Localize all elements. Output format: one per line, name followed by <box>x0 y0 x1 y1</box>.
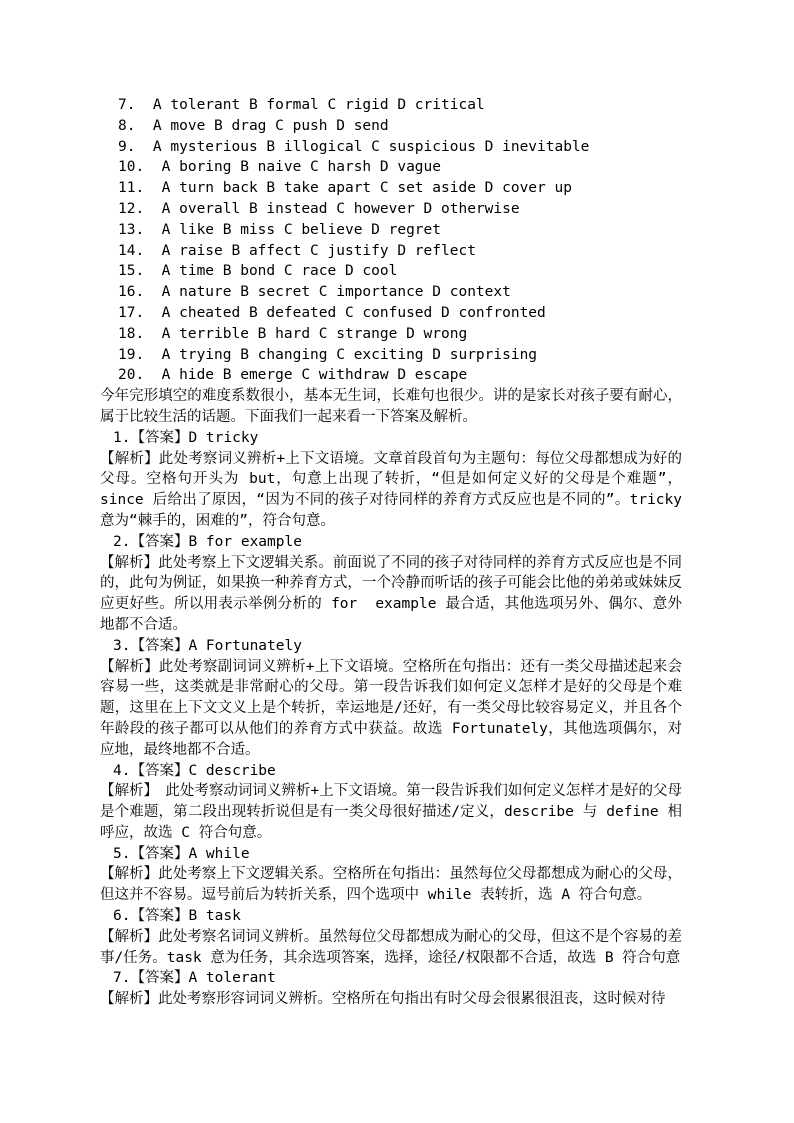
option-line: 17. A cheated B defeated C confused D co… <box>100 303 682 324</box>
analysis-paragraph: 【解析】此处考察词义辨析+上下文语境。文章首段首句为主题句：每位父母都想成为好的… <box>100 449 682 532</box>
option-line: 13. A like B miss C believe D regret <box>100 220 682 241</box>
option-line: 11. A turn back B take apart C set aside… <box>100 178 682 199</box>
option-line: 10. A boring B naive C harsh D vague <box>100 157 682 178</box>
options-list: 7. A tolerant B formal C rigid D critica… <box>100 95 682 386</box>
analysis-paragraph: 【解析】此处考察形容词词义辨析。空格所在句指出有时父母会很累很沮丧，这时候对待 <box>100 989 682 1010</box>
analysis-paragraph: 【解析】此处考察名词词义辨析。虽然每位父母都想成为耐心的父母，但这不是个容易的差… <box>100 927 682 969</box>
option-line: 14. A raise B affect C justify D reflect <box>100 241 682 262</box>
analysis-paragraph: 【解析】 此处考察动词词义辨析+上下文语境。第一段告诉我们如何定义怎样才是好的父… <box>100 781 682 843</box>
option-line: 12. A overall B instead C however D othe… <box>100 199 682 220</box>
option-line: 9. A mysterious B illogical C suspicious… <box>100 137 682 158</box>
option-line: 7. A tolerant B formal C rigid D critica… <box>100 95 682 116</box>
answer-line: 4.【答案】C describe <box>100 761 682 782</box>
document-page: 7. A tolerant B formal C rigid D critica… <box>0 0 794 1123</box>
option-line: 8. A move B drag C push D send <box>100 116 682 137</box>
answers-list: 1.【答案】D tricky【解析】此处考察词义辨析+上下文语境。文章首段首句为… <box>100 428 682 1010</box>
answer-line: 5.【答案】A while <box>100 844 682 865</box>
intro-paragraph: 今年完形填空的难度系数很小，基本无生词，长难句也很少。讲的是家长对孩子要有耐心，… <box>100 386 682 428</box>
document-content: 7. A tolerant B formal C rigid D critica… <box>100 95 682 1010</box>
option-line: 19. A trying B changing C exciting D sur… <box>100 345 682 366</box>
answer-line: 7.【答案】A tolerant <box>100 968 682 989</box>
answer-line: 3.【答案】A Fortunately <box>100 636 682 657</box>
answer-line: 6.【答案】B task <box>100 906 682 927</box>
option-line: 20. A hide B emerge C withdraw D escape <box>100 365 682 386</box>
answer-line: 1.【答案】D tricky <box>100 428 682 449</box>
analysis-paragraph: 【解析】此处考察上下文逻辑关系。空格所在句指出：虽然每位父母都想成为耐心的父母，… <box>100 864 682 906</box>
analysis-paragraph: 【解析】此处考察副词词义辨析+上下文语境。空格所在句指出：还有一类父母描述起来会… <box>100 657 682 761</box>
option-line: 15. A time B bond C race D cool <box>100 261 682 282</box>
answer-line: 2.【答案】B for example <box>100 532 682 553</box>
analysis-paragraph: 【解析】此处考察上下文逻辑关系。前面说了不同的孩子对待同样的养育方式反应也是不同… <box>100 553 682 636</box>
option-line: 16. A nature B secret C importance D con… <box>100 282 682 303</box>
option-line: 18. A terrible B hard C strange D wrong <box>100 324 682 345</box>
